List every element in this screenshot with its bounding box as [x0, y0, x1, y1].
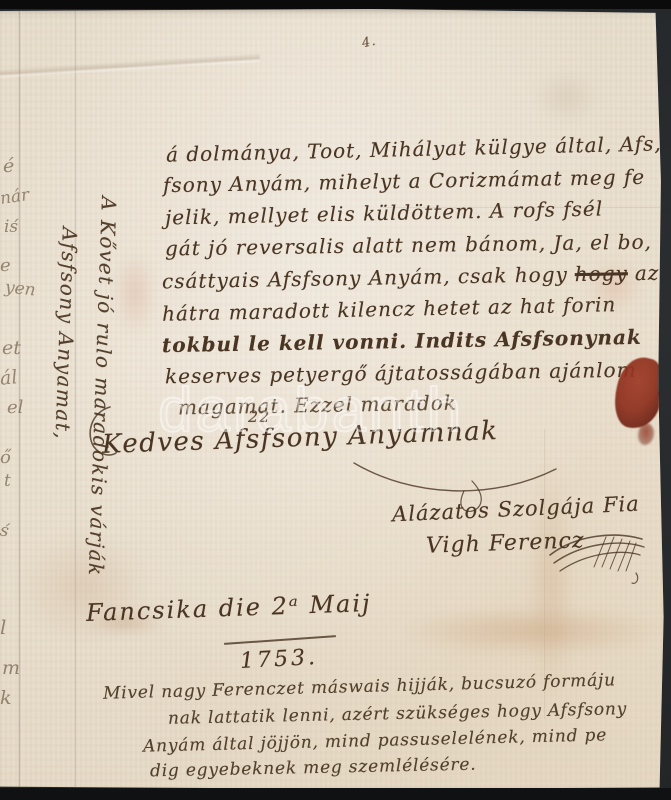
- dateline-year: 1753.: [239, 645, 318, 674]
- darabanth-watermark: darabanth: [158, 375, 464, 446]
- edge-fragment: l: [0, 615, 6, 639]
- body-line-4: gát jó reversalis alatt nem bánom, Ja, e…: [165, 230, 652, 261]
- dateline-underline: [224, 635, 336, 645]
- signature-paraph-flourish: [548, 529, 648, 587]
- edge-fragment: ál: [0, 366, 19, 390]
- edge-fragment: yen: [4, 277, 37, 300]
- corner-mark: 4.: [361, 34, 378, 52]
- postscript-line-3: Anyám által jöjjön, mind passuselelének,…: [143, 725, 608, 756]
- body-line-5-pre: csáttyais Afsfsony Anyám, csak hogy: [162, 262, 568, 293]
- body-line-7: tokbul le kell vonni. Indits Afsfsonynak: [162, 325, 642, 357]
- edge-fragment: ő: [0, 447, 11, 468]
- edge-fragment: nár: [0, 185, 30, 209]
- scan-viewport: é nár iś e yen et ál el ő t ś l m k 4. á…: [0, 0, 671, 800]
- edge-fragment: é: [3, 155, 14, 177]
- edge-fragment: ś: [0, 520, 10, 541]
- edge-fragment: k: [0, 687, 12, 709]
- postscript-line-4: dig egyebeknek meg szemlélésére.: [150, 755, 477, 782]
- wax-seal-smudge: [638, 423, 654, 445]
- scan-top-border: [0, 0, 671, 9]
- scan-bottom-border: [0, 788, 671, 800]
- body-line-3: jelik, mellyet elis küldöttem. A rofs fs…: [165, 196, 604, 229]
- letter-paper: é nár iś e yen et ál el ő t ś l m k 4. á…: [0, 9, 671, 789]
- body-line-2: fsony Anyám, mihelyt a Corizmámat meg fe: [163, 165, 645, 197]
- edge-fragment: m: [2, 657, 20, 679]
- body-line-5-struck-word: hogy: [575, 261, 628, 286]
- edge-fragment: iś: [4, 217, 18, 237]
- margin-note: A Kővet jó rulo maradokis várják Afsfson…: [39, 194, 128, 577]
- stain-topright: [535, 71, 599, 123]
- edge-fragment: t: [4, 471, 11, 491]
- body-line-5-tail: az: [635, 261, 660, 285]
- postscript-line-2: nak lattatik lenni, azért szükséges hogy…: [168, 699, 627, 729]
- body-line-6: hátra maradott kilencz hetet az hat fori…: [162, 292, 617, 326]
- postscript-line-1: Mivel nagy Ferenczet máswais hijják, buc…: [103, 670, 616, 703]
- body-line-5: csáttyais Afsfsony Anyám, csak hogyhogya…: [162, 261, 660, 294]
- edge-fragment: et: [2, 337, 21, 359]
- edge-fragment: e: [0, 255, 11, 276]
- body-line-1: á dolmánya, Toot, Mihályat külgye által,…: [166, 131, 662, 166]
- edge-fragment: el: [7, 397, 23, 418]
- dateline-place: Fancsika die 2ᵃ Maij: [86, 589, 372, 627]
- fold-crease-top: [0, 53, 260, 79]
- stain-smear-horizontal: [400, 607, 665, 655]
